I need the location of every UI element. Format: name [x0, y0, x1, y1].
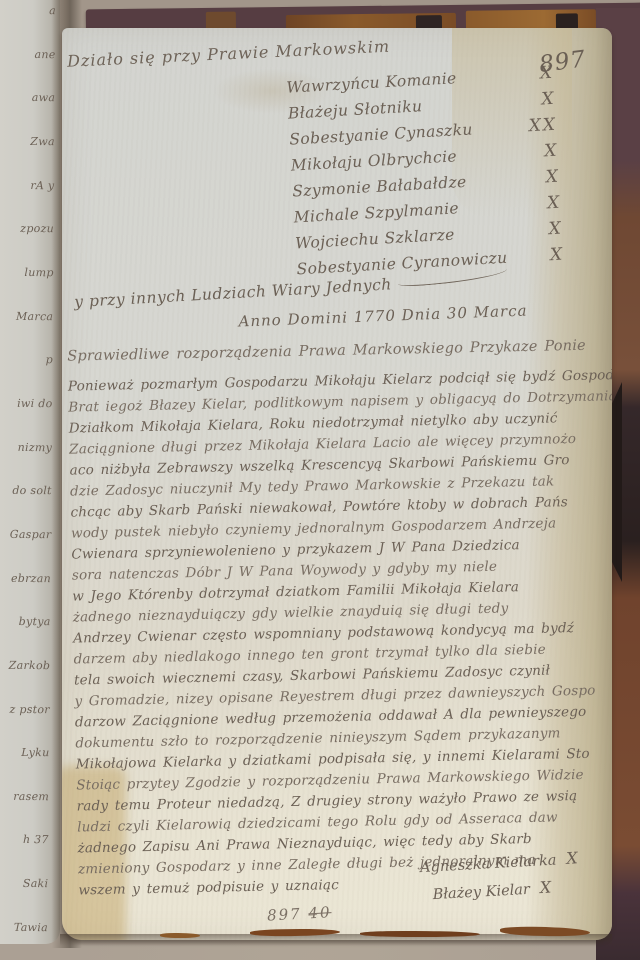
left-page-text-fragment: bytya: [19, 615, 51, 628]
witness-name-list: Wawrzyńcu Komanie X Błażeju Słotniku X S…: [286, 63, 565, 286]
left-page-text-fragment: z pstor: [9, 702, 50, 715]
signature-cross: X: [547, 193, 562, 214]
signature-cross: XX: [528, 115, 557, 137]
page-edge-damage: [160, 933, 200, 938]
left-page-text-fragment: do solt: [12, 484, 52, 497]
left-page-text-fragment: Saki: [23, 877, 49, 890]
manuscript-line: Sprawiedliwe rozporządzenia Prawa Markow…: [67, 335, 607, 367]
page-number-value: 897: [267, 905, 303, 925]
photograph-of-manuscript: { "manuscript": { "kind": "handwritten P…: [0, 0, 640, 960]
left-page-text-fragment: rA y: [30, 179, 54, 192]
handwritten-text-layer: Działo się przy Prawie Markowskim 897 Wa…: [62, 28, 612, 940]
left-page-text-fragment: Lyku: [21, 746, 49, 759]
witness-name: Wawrzyńcu Komanie: [286, 69, 457, 96]
left-page-text-fragment: nizmy: [18, 440, 53, 453]
signature-cross: X: [539, 878, 551, 898]
struck-number: 40: [308, 903, 332, 922]
left-page-text-fragment: ebrzan: [11, 571, 51, 584]
signature-cross: X: [544, 141, 559, 162]
record-heading: Działo się przy Prawie Markowskim: [67, 37, 391, 71]
left-page-text-fragment: rasem: [13, 790, 49, 803]
signature-name: Błażey Kielar: [432, 882, 530, 903]
manuscript-page: Działo się przy Prawie Markowskim 897 Wa…: [62, 28, 612, 940]
other-witnesses-text: y przy innych Ludziach Wiary Jednych: [74, 275, 392, 311]
previous-page-edge: a ane awa Zwa rA y zpozu lump Marca p iw…: [0, 0, 60, 944]
signature-cross: X: [545, 167, 560, 188]
left-page-text-fragment: Tawia: [14, 921, 48, 934]
record-body-text: Sprawiedliwe rozporządzenia Prawa Markow…: [67, 335, 612, 901]
page-edge-damage: [360, 931, 480, 937]
left-page-text-column: a ane awa Zwa rA y zpozu lump Marca p iw…: [0, 4, 56, 934]
signature-cross: X: [550, 244, 565, 265]
left-page-text-fragment: Marca: [16, 310, 53, 323]
left-page-text-fragment: iwi do: [17, 397, 53, 410]
left-page-text-fragment: Zarkob: [9, 659, 51, 672]
left-page-text-fragment: zpozu: [20, 222, 54, 235]
page-number-bottom: 897 40: [267, 903, 332, 925]
left-page-text-fragment: h 37: [23, 833, 49, 846]
signature-cross: X: [548, 219, 563, 240]
signature-cross: X: [566, 848, 578, 868]
date-line: Anno Domini 1770 Dnia 30 Marca: [238, 301, 528, 330]
signature-cross: X: [541, 89, 556, 110]
signature-cross: X: [539, 63, 554, 84]
left-page-text-fragment: lump: [24, 266, 53, 279]
left-page-text-fragment: Gaspar: [10, 528, 52, 541]
page-bottom-shadow: [60, 934, 612, 946]
